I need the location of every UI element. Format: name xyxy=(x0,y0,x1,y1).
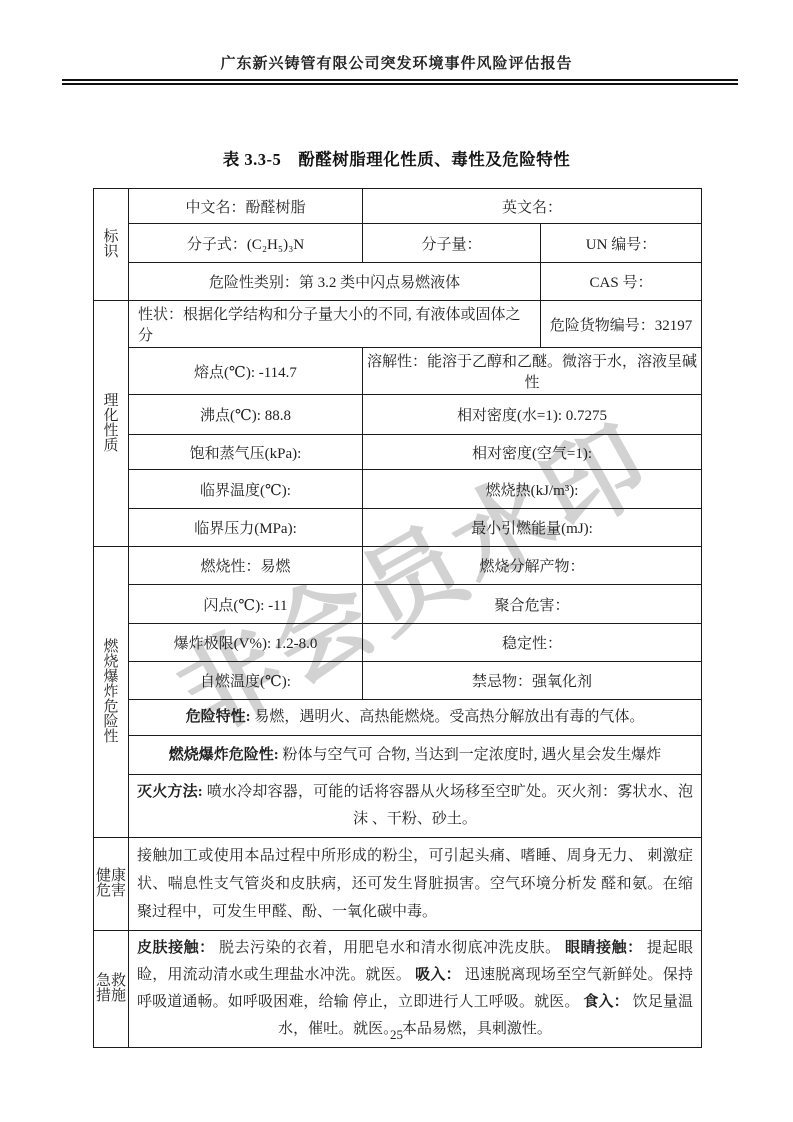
report-header: 广东新兴铸管有限公司突发环境事件风险评估报告 xyxy=(0,52,793,73)
cell-melting-point: 熔点(℃): -114.7 xyxy=(129,348,363,395)
cell-explosion-limit: 爆炸极限(V%): 1.2-8.0 xyxy=(129,624,363,662)
table-row: 临界压力(MPa): 最小引燃能量(mJ): xyxy=(94,509,702,547)
table-row: 急救措施 皮肤接触： 脱去污染的衣着，用肥皂水和清水彻底冲洗皮肤。 眼睛接触： … xyxy=(94,931,702,1048)
cell-relative-density-water: 相对密度(水=1): 0.7275 xyxy=(363,395,702,435)
table-row: 沸点(℃): 88.8 相对密度(水=1): 0.7275 xyxy=(94,395,702,435)
cell-autoignition-temperature: 自燃温度(℃): xyxy=(129,662,363,700)
table-row: 分子式：(C₂H₅)₃N 分子量： UN 编号： xyxy=(94,224,702,263)
cell-polymerization-hazard: 聚合危害： xyxy=(363,585,702,624)
cell-critical-pressure: 临界压力(MPa): xyxy=(129,509,363,547)
cell-appearance: 性状：根据化学结构和分子量大小的不同, 有液体或固体之分 xyxy=(129,301,541,348)
cell-explosion-hazard: 燃烧爆炸危险性: 粉体与空气可 合物, 当达到一定浓度时, 遇火星会发生爆炸 xyxy=(129,736,702,775)
cell-cas-number: CAS 号： xyxy=(541,263,702,301)
table-row: 危险性类别：第 3.2 类中闪点易燃液体 CAS 号： xyxy=(94,263,702,301)
table-row: 爆炸极限(V%): 1.2-8.0 稳定性： xyxy=(94,624,702,662)
table-row: 灭火方法: 喷水冷却容器，可能的话将容器从火场移至空旷处。灭火剂：雾状水、泡沫 … xyxy=(94,775,702,838)
cell-chinese-name: 中文名：酚醛树脂 xyxy=(129,189,363,224)
table-row: 自燃温度(℃): 禁忌物：强氧化剂 xyxy=(94,662,702,700)
cell-molecular-weight: 分子量： xyxy=(363,224,541,263)
document-page: 广东新兴铸管有限公司突发环境事件风险评估报告 表 3.3-5 酚醛树脂理化性质、… xyxy=(0,0,793,1122)
cell-un-number: UN 编号： xyxy=(541,224,702,263)
cell-dangerous-goods-number: 危险货物编号：32197 xyxy=(541,301,702,348)
table-row: 危险特性: 易燃，遇明火、高热能燃烧。受高热分解放出有毒的气体。 xyxy=(94,700,702,736)
cell-solubility: 溶解性：能溶于乙醇和乙醚。微溶于水，溶液呈碱性 xyxy=(363,348,702,395)
header-double-rule xyxy=(62,79,738,85)
table-row: 健康危害 接触加工或使用本品过程中所形成的粉尘，可引起头痛、嗜睡、周身无力、 刺… xyxy=(94,838,702,931)
section-label-identification: 标识 xyxy=(94,189,129,301)
cell-incompatibles: 禁忌物：强氧化剂 xyxy=(363,662,702,700)
cell-hazard-traits: 危险特性: 易燃，遇明火、高热能燃烧。受高热分解放出有毒的气体。 xyxy=(129,700,702,736)
section-label-fire-explosion: 燃烧爆炸危险性 xyxy=(94,547,129,838)
section-label-phys-chem: 理化性质 xyxy=(94,301,129,547)
table-row: 燃烧爆炸危险性 燃烧性：易燃 燃烧分解产物： xyxy=(94,547,702,585)
cell-health-hazard: 接触加工或使用本品过程中所形成的粉尘，可引起头痛、嗜睡、周身无力、 刺激症状、喘… xyxy=(129,838,702,931)
cell-combustion-products: 燃烧分解产物： xyxy=(363,547,702,585)
cell-english-name: 英文名： xyxy=(363,189,702,224)
cell-first-aid: 皮肤接触： 脱去污染的衣着，用肥皂水和清水彻底冲洗皮肤。 眼睛接触： 提起眼睑，… xyxy=(129,931,702,1048)
table-title: 表 3.3-5 酚醛树脂理化性质、毒性及危险特性 xyxy=(0,146,793,170)
cell-flammability: 燃烧性：易燃 xyxy=(129,547,363,585)
cell-flash-point: 闪点(℃): -11 xyxy=(129,585,363,624)
cell-min-ignition-energy: 最小引燃能量(mJ): xyxy=(363,509,702,547)
table-row: 标识 中文名：酚醛树脂 英文名： xyxy=(94,189,702,224)
table-row: 理化性质 性状：根据化学结构和分子量大小的不同, 有液体或固体之分 危险货物编号… xyxy=(94,301,702,348)
cell-stability: 稳定性： xyxy=(363,624,702,662)
table-row: 临界温度(℃): 燃烧热(kJ/m³): xyxy=(94,470,702,509)
cell-saturated-vapor-pressure: 饱和蒸气压(kPa): xyxy=(129,435,363,470)
msds-table: 标识 中文名：酚醛树脂 英文名： 分子式：(C₂H₅)₃N 分子量： UN 编号… xyxy=(93,188,702,1048)
section-label-health-hazard: 健康危害 xyxy=(94,838,129,931)
section-label-first-aid: 急救措施 xyxy=(94,931,129,1048)
table-row: 饱和蒸气压(kPa): 相对密度(空气=1): xyxy=(94,435,702,470)
table-row: 燃烧爆炸危险性: 粉体与空气可 合物, 当达到一定浓度时, 遇火星会发生爆炸 xyxy=(94,736,702,775)
cell-boiling-point: 沸点(℃): 88.8 xyxy=(129,395,363,435)
cell-fire-fighting: 灭火方法: 喷水冷却容器，可能的话将容器从火场移至空旷处。灭火剂：雾状水、泡沫 … xyxy=(129,775,702,838)
table-row: 熔点(℃): -114.7 溶解性：能溶于乙醇和乙醚。微溶于水，溶液呈碱性 xyxy=(94,348,702,395)
cell-combustion-heat: 燃烧热(kJ/m³): xyxy=(363,470,702,509)
cell-hazard-class: 危险性类别：第 3.2 类中闪点易燃液体 xyxy=(129,263,541,301)
cell-molecular-formula: 分子式：(C₂H₅)₃N xyxy=(129,224,363,263)
cell-relative-density-air: 相对密度(空气=1): xyxy=(363,435,702,470)
cell-critical-temperature: 临界温度(℃): xyxy=(129,470,363,509)
table-row: 闪点(℃): -11 聚合危害： xyxy=(94,585,702,624)
